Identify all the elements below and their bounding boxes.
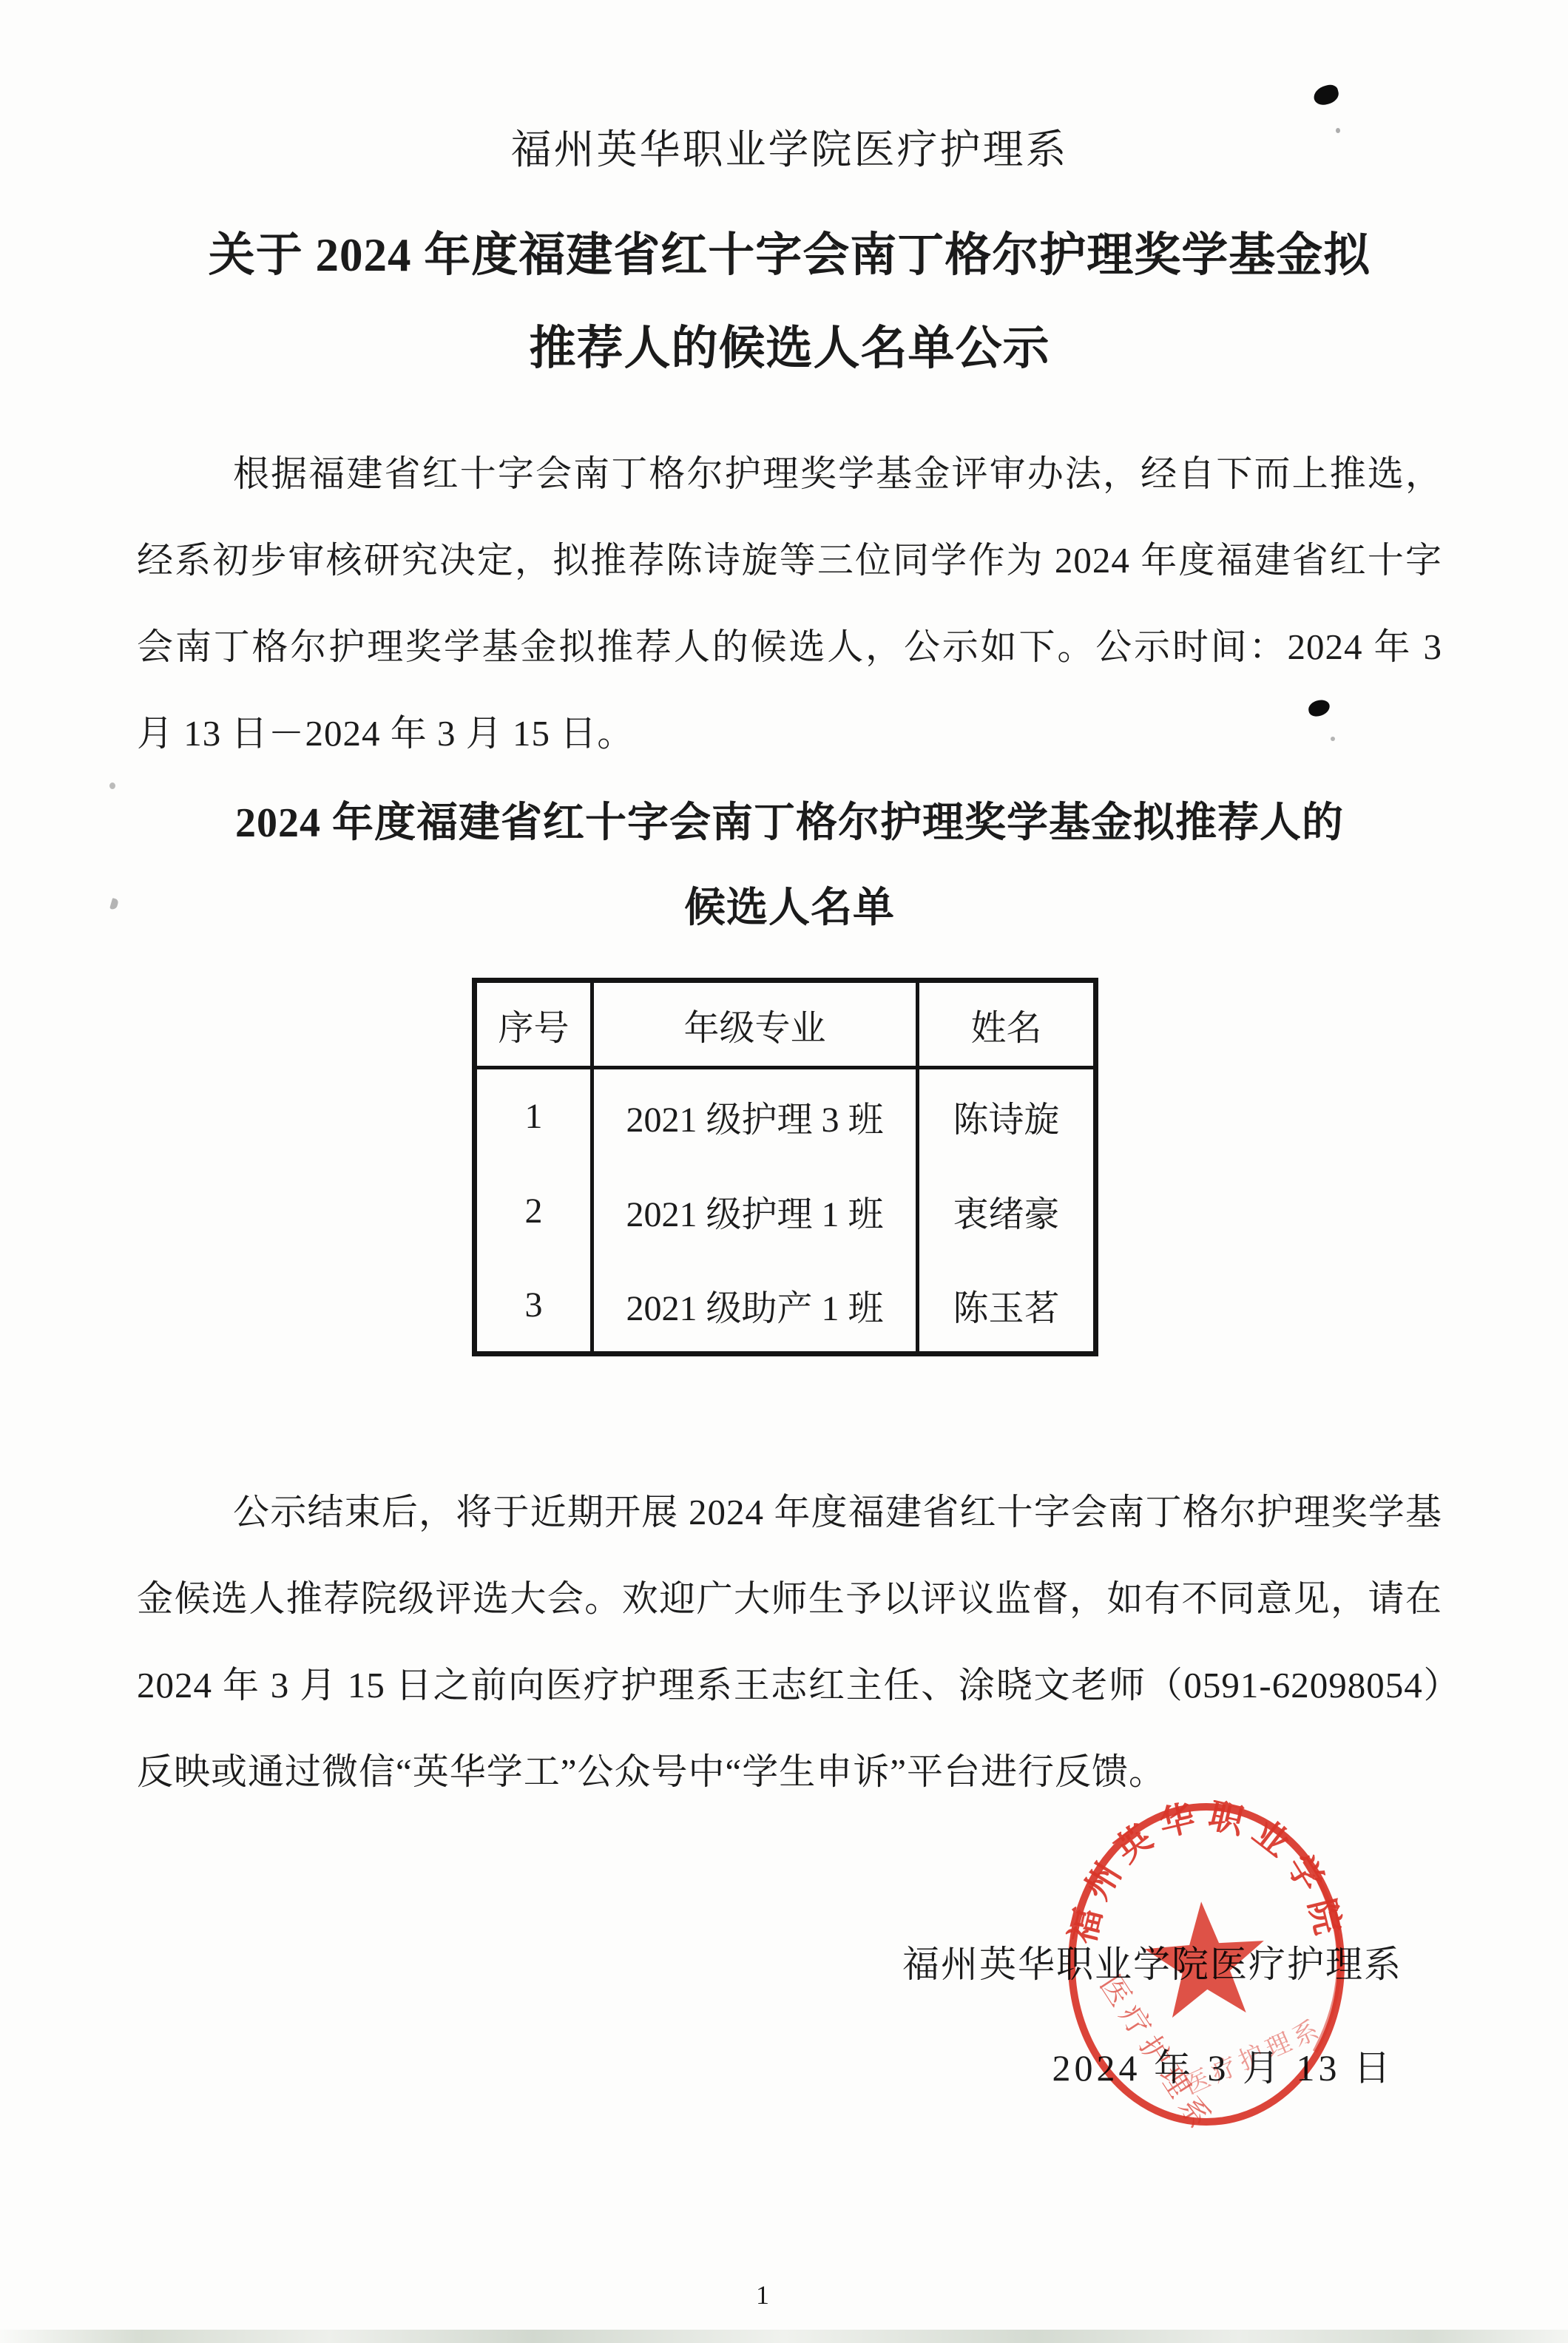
list-heading-line1: 2024 年度福建省红十字会南丁格尔护理奖学基金拟推荐人的	[137, 781, 1442, 866]
column-header-name: 姓名	[918, 981, 1096, 1068]
candidates-table: 序号 年级专业 姓名 1 2021 级护理 3 班 陈诗旋 2 2021 级护理…	[472, 978, 1098, 1356]
cell-name: 陈玉茗	[918, 1259, 1096, 1354]
notice-title-line1: 关于 2024 年度福建省红十字会南丁格尔护理奖学基金拟	[137, 209, 1442, 302]
notice-title: 关于 2024 年度福建省红十字会南丁格尔护理奖学基金拟 推荐人的候选人名单公示	[137, 209, 1442, 395]
official-seal-stamp: 福州英华职业学院 医疗护理系 医疗护理系	[1065, 1800, 1355, 2130]
paragraph-feedback: 公示结束后，将于近期开展 2024 年度福建省红十字会南丁格尔护理奖学基金候选人…	[137, 1469, 1442, 1815]
cell-class: 2021 级护理 3 班	[592, 1068, 918, 1163]
cell-name: 衷绪豪	[918, 1163, 1096, 1259]
table-header-row: 序号 年级专业 姓名	[475, 981, 1096, 1068]
cell-name: 陈诗旋	[918, 1068, 1096, 1163]
cell-class: 2021 级助产 1 班	[592, 1259, 918, 1354]
list-heading: 2024 年度福建省红十字会南丁格尔护理奖学基金拟推荐人的 候选人名单	[137, 781, 1442, 951]
org-title: 福州英华职业学院医疗护理系	[137, 120, 1442, 180]
document-content: 福州英华职业学院医疗护理系 关于 2024 年度福建省红十字会南丁格尔护理奖学基…	[0, 0, 1568, 1815]
page-number: 1	[756, 2279, 769, 2310]
paragraph-intro: 根据福建省红十字会南丁格尔护理奖学基金评审办法，经自下而上推选，经系初步审核研究…	[137, 430, 1442, 777]
cell-index: 2	[475, 1163, 592, 1259]
scan-speck	[109, 782, 115, 789]
column-header-index: 序号	[475, 981, 592, 1068]
table-row: 1 2021 级护理 3 班 陈诗旋	[475, 1068, 1096, 1163]
stamp-star-icon	[1141, 1898, 1268, 2020]
scan-speck	[1336, 128, 1340, 133]
cell-class: 2021 级护理 1 班	[592, 1163, 918, 1259]
scan-edge-artifact	[0, 2330, 1568, 2343]
list-heading-line2: 候选人名单	[137, 866, 1442, 951]
stamp-inner-text-ghost: 医疗护理系	[1180, 2014, 1327, 2100]
table-row: 2 2021 级护理 1 班 衷绪豪	[475, 1163, 1096, 1259]
cell-index: 1	[475, 1068, 592, 1163]
column-header-class: 年级专业	[592, 981, 918, 1068]
cell-index: 3	[475, 1259, 592, 1354]
scan-speck	[1331, 737, 1335, 741]
document-page: 福州英华职业学院医疗护理系 关于 2024 年度福建省红十字会南丁格尔护理奖学基…	[0, 0, 1568, 2343]
table-row: 3 2021 级助产 1 班 陈玉茗	[475, 1259, 1096, 1354]
notice-title-line2: 推荐人的候选人名单公示	[137, 302, 1442, 395]
